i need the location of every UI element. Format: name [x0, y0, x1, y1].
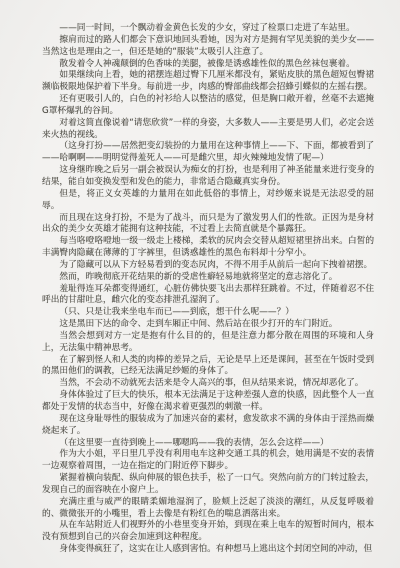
paragraph: 当然会想到对方一定是抱有什么目的的，但是注意力都分散在周围的环境和人身上，无法集… — [42, 331, 374, 355]
paragraph: 如果继续向上看，她的裙摆连超过臀下几厘米都没有，紧贴皮肤的黑色超短包臀裙濒临极限… — [42, 70, 374, 94]
paragraph: 紧握着横向装配、纵向伸展的银色扶手，松了一口气。突然向前方的门转过脸去，发现自己… — [42, 473, 374, 497]
paragraph: 羞耻得连耳朵都变得通红，心脏仿佛快要飞出去那样狂跳着。不过，伴随着忍不住呼出的甘… — [42, 284, 374, 308]
paragraph: 还有更吸引人的，白色的衬衫给人以整洁的感觉，但是胸口敞开着，丝毫不去遮掩G罩杯爆… — [42, 94, 374, 118]
paragraph: ——同一时间，一个飘动着金黄色长发的少女，穿过了检票口走进了车站里。 — [42, 23, 374, 35]
paragraph: 身体变得疯狂了，这实在让人感到害怕。有种想马上逃出这个封闭空间的冲动，但 — [42, 544, 374, 556]
paragraph: 擦肩而过的路人们都会下意识地回头看她，因为对方是拥有罕见美貌的美少女——当然这也… — [42, 35, 374, 59]
book-page: ——同一时间，一个飘动着金黄色长发的少女，穿过了检票口走进了车站里。擦肩而过的路… — [0, 0, 400, 568]
paragraph: 但是，将正义女英雄的力量用在如此低俗的事情上，对纱姬来说是无法忍受的屈辱。 — [42, 189, 374, 213]
paragraph: 散发着令人神魂颠倒的色香味的美腿，被像是诱惑雄性似的黑色丝袜包裹着。 — [42, 59, 374, 71]
paragraph: 为了隐藏可以从下方轻易看到的变态尻肉，不得不用手从前后一起向下拽着裙摆。 — [42, 260, 374, 272]
body-text: ——同一时间，一个飘动着金黄色长发的少女，穿过了检票口走进了车站里。擦肩而过的路… — [42, 23, 374, 556]
paragraph: 从在车站附近人们视野外的小巷里变身开始，到现在乘上电车的短暂时间内，根本没有预想… — [42, 520, 374, 544]
paragraph: （在这里要一直待到晚上——哪嗯呜——我的表情，怎么会这样——） — [42, 438, 374, 450]
paragraph: 这身继昨晚之后另一副会被误认为痴女的打扮，也是利用了神圣能量来进行变身的结果，能… — [42, 165, 374, 189]
paragraph: 作为大小姐，平日里几乎没有利用电车这种交通工具的机会，她用满是不安的表情一边观察… — [42, 449, 374, 473]
paragraph: 在了解到怪人和人类的肉棒的差异之后，无论是早上还是课间，甚至在午饭时受到的黑田他… — [42, 355, 374, 379]
paragraph: 对着这简直像说着“请您欣赏”一样的身姿，大多数人——主要是男人们，必定会送来火热… — [42, 118, 374, 142]
paragraph: （只、只是让我来坐电车而已——到底，想干什么呢——？） — [42, 307, 374, 319]
paragraph: 充满庄重与威严的眼睛柔媚地湿润了，脸颊上泛起了淡淡的潮红，从反复呼吸着的、微微张… — [42, 497, 374, 521]
paragraph: 然而，昨晚彻底开花结果的新的受虐性癖轻易地就将坚定的意志溶化了。 — [42, 272, 374, 284]
paragraph: （这身打扮——居然把变幻装扮的力量用在这种事情上——下、下面，都被看到了——哈啊… — [42, 141, 374, 165]
paragraph: 而且现在这身打扮，不是为了战斗，而只是为了激发男人们的性欲。正因为是身材出众的美… — [42, 213, 374, 237]
paragraph: 这是黑田下达的命令、走到车厢正中间、然后站在很少打开的车门附近。 — [42, 319, 374, 331]
paragraph: 当然，不会动不动就死去活来是令人高兴的事，但从结果来说，情况却恶化了。 — [42, 378, 374, 390]
paragraph: 身体体验过了巨大的快乐，根本无法满足于这种差强人意的快感，因此整个人一直都处于发… — [42, 390, 374, 414]
paragraph: 现在这身耻辱性的服装成为了加速兴奋的素材，愈发欲求不满的身体由于淫热而燥烧起来了… — [42, 414, 374, 438]
paragraph: 每当咯噔咯噔地一级一级走上楼梯，柔软的尻肉会交替从超短裙里挤出来。白皙的丰满臀肉… — [42, 236, 374, 260]
